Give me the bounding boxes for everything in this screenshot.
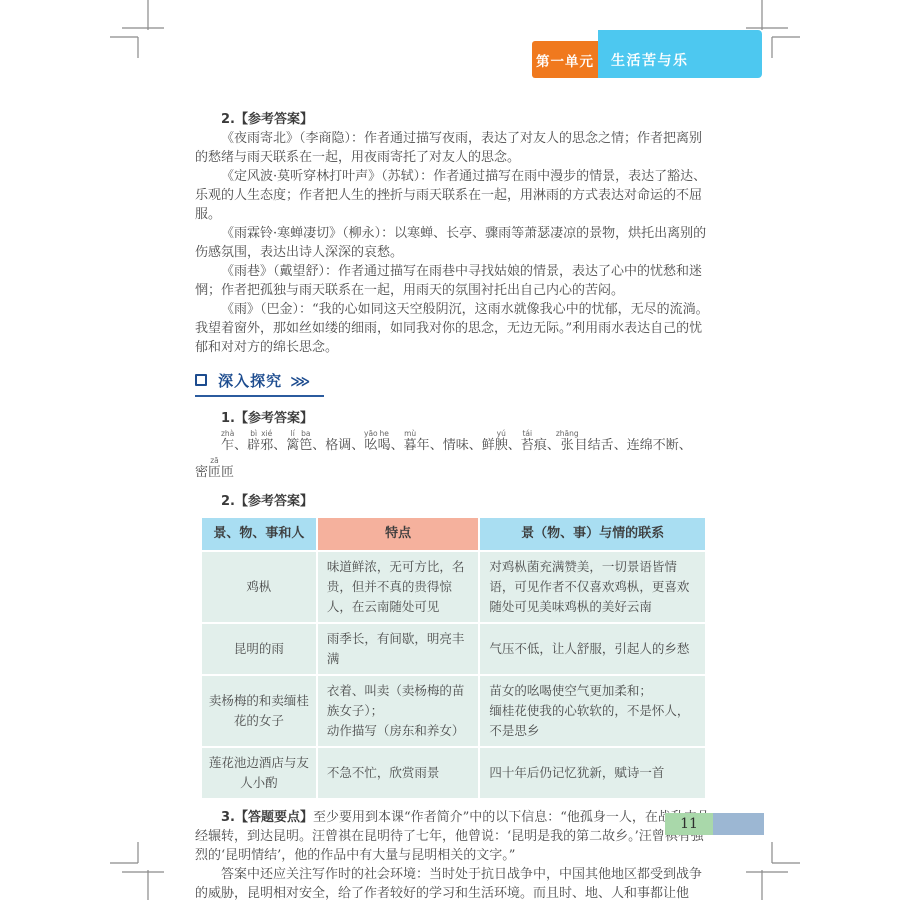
table-cell: 味道鲜浓，无可方比，名贵，但并不真的贵得惊人，在云南随处可见 — [318, 552, 479, 622]
pinyin-annotated-char: 笆ba — [299, 438, 312, 453]
square-bullet-icon — [195, 374, 207, 386]
unit-number-tab: 第一单元 — [532, 41, 598, 78]
page-number-badge: 11 — [665, 813, 713, 835]
answer-paragraph: 《夜雨寄北》（李商隐）：作者通过描写夜雨，表达了对友人的思念之情；作者把离别的愁… — [195, 129, 711, 167]
pinyin-annotated-char: 邪xié — [260, 438, 273, 453]
triple-chevron-icon: ⋙ — [290, 374, 310, 390]
pinyin-annotated-char: 喝he — [378, 438, 391, 453]
answer-paragraph: 《雨巷》（戴望舒）：作者通过描写在雨巷中寻找姑娘的情景，表达了心中的忧愁和迷惘；… — [195, 262, 711, 300]
point-paragraph-2: 答案中还应关注写作时的社会环境：当时处于抗日战争中，中国其他地区都受到战争的威胁… — [195, 865, 711, 900]
table-row: 鸡枞味道鲜浓，无可方比，名贵，但并不真的贵得惊人，在云南随处可见对鸡枞菌充满赞美… — [202, 552, 705, 622]
pinyin-annotated-char: 篱lí — [286, 438, 299, 453]
point-paragraph: 3.【答题要点】至少要用到本课“作者简介”中的以下信息：“他孤身一人，在战乱中几… — [195, 808, 711, 865]
section-title: 深入探究 — [218, 372, 282, 390]
pinyin-annotated-char: 吆yāo — [364, 438, 377, 453]
analysis-table: 景、物、事和人特点景（物、事）与情的联系 鸡枞味道鲜浓，无可方比，名贵，但并不真… — [200, 516, 707, 800]
table-cell: 衣着、叫卖（卖杨梅的苗族女子）； 动作描写（房东和养女） — [318, 676, 479, 746]
explore-item1-label: 1.【参考答案】 — [195, 409, 711, 428]
table-row: 莲花池边酒店与友人小酌不急不忙，欣赏雨景四十年后仍记忆犹新，赋诗一首 — [202, 748, 705, 798]
table-cell: 苗女的吆喝使空气更加柔和； 缅桂花使我的心软软的，不是怀人，不是思乡 — [480, 676, 705, 746]
answer-paragraph: 《定风波·莫听穿林打叶声》（苏轼）：作者通过描写在雨中漫步的情景，表达了豁达、乐… — [195, 167, 711, 224]
table-row: 昆明的雨雨季长，有间歇，明亮丰满气压不低，让人舒服，引起人的乡愁 — [202, 624, 705, 674]
table-cell: 莲花池边酒店与友人小酌 — [202, 748, 316, 798]
pinyin-annotated-char: 暮mù — [404, 438, 417, 453]
table-cell: 昆明的雨 — [202, 624, 316, 674]
answer-paragraph: 《雨霖铃·寒蝉凄切》（柳永）：以寒蝉、长亭、骤雨等萧瑟凄凉的景物，烘托出离别的伤… — [195, 224, 711, 262]
answer-key-label: 2.【参考答案】 — [195, 110, 711, 129]
explore-item2-label: 2.【参考答案】 — [195, 492, 711, 511]
footer-color-block — [713, 813, 764, 835]
table-cell: 对鸡枞菌充满赞美，一切景语皆情语，可见作者不仅喜欢鸡枞，更喜欢随处可见美味鸡枞的… — [480, 552, 705, 622]
table-cell: 气压不低，让人舒服，引起人的乡愁 — [480, 624, 705, 674]
pinyin-annotated-char: 苔tái — [521, 438, 534, 453]
table-header-cell: 景、物、事和人 — [202, 518, 316, 550]
section-heading-explore: 深入探究 ⋙ — [195, 372, 711, 397]
table-row: 卖杨梅的和卖缅桂花的女子衣着、叫卖（卖杨梅的苗族女子）； 动作描写（房东和养女）… — [202, 676, 705, 746]
pinyin-annotated-char: 匝zā — [208, 465, 221, 480]
table-header-cell: 景（物、事）与情的联系 — [480, 518, 705, 550]
crop-mark-bottom-left — [100, 840, 170, 900]
answers-paragraphs: 《夜雨寄北》（李商隐）：作者通过描写夜雨，表达了对友人的思念之情；作者把离别的愁… — [195, 129, 711, 357]
table-header-cell: 特点 — [318, 518, 479, 550]
crop-mark-top-left — [100, 0, 170, 60]
table-cell: 不急不忙，欣赏雨景 — [318, 748, 479, 798]
pinyin-annotated-char: 辟bì — [247, 438, 260, 453]
table-cell: 卖杨梅的和卖缅桂花的女子 — [202, 676, 316, 746]
answer-paragraph: 《雨》（巴金）：“我的心如同这天空般阴沉，这雨水就像我心中的忧郁，无尽的流淌。我… — [195, 300, 711, 357]
crop-mark-bottom-right — [740, 840, 810, 900]
table-cell: 雨季长，有间歇，明亮丰满 — [318, 624, 479, 674]
table-cell: 四十年后仍记忆犹新，赋诗一首 — [480, 748, 705, 798]
table-header-row: 景、物、事和人特点景（物、事）与情的联系 — [202, 518, 705, 550]
pinyin-annotated-char: 张zhāng — [560, 438, 575, 453]
unit-title-tab: 生活苦与乐 — [598, 30, 762, 78]
main-content: 2.【参考答案】 《夜雨寄北》（李商隐）：作者通过描写夜雨，表达了对友人的思念之… — [195, 110, 711, 900]
book-page: 第一单元 生活苦与乐 2.【参考答案】 《夜雨寄北》（李商隐）：作者通过描写夜雨… — [0, 0, 900, 900]
table-cell: 鸡枞 — [202, 552, 316, 622]
pinyin-annotated-char: 乍zhà — [221, 438, 234, 453]
point-label: 3.【答题要点】 — [221, 810, 313, 825]
pinyin-annotated-char: 腴yú — [495, 438, 508, 453]
pinyin-word-list: 乍zhà、辟bì邪xié、篱lí笆ba、格调、吆yāo喝he、暮mù年、情味、鲜… — [195, 430, 700, 486]
